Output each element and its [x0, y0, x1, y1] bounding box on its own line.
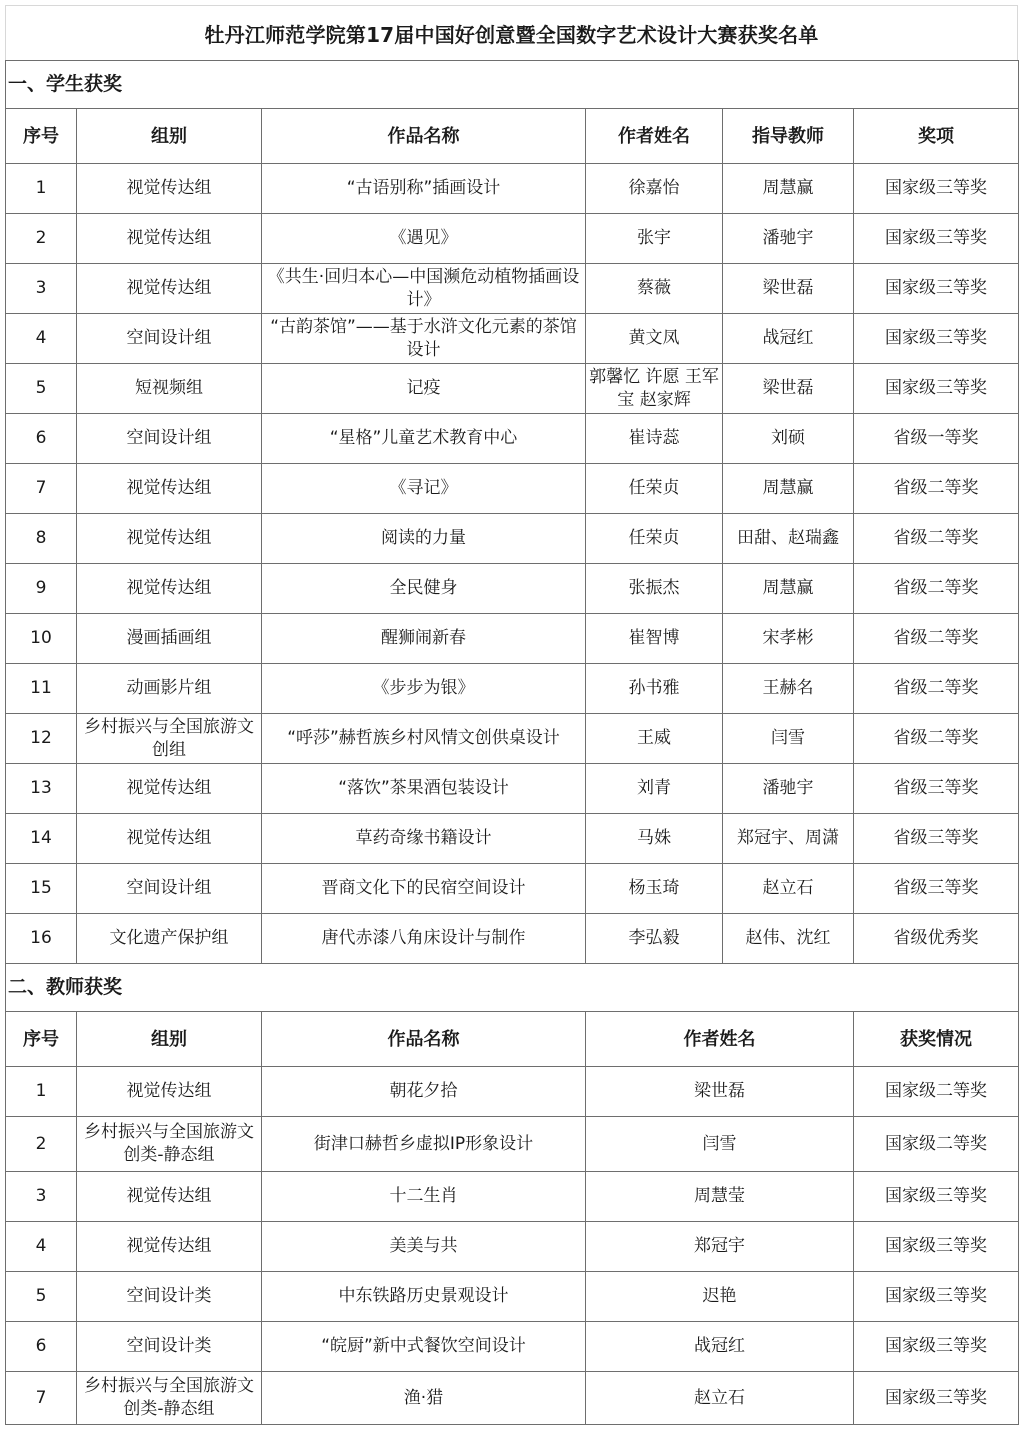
row-no: 2 [6, 1117, 77, 1172]
row-work: 《共生·回归本心—中国濒危动植物插画设计》 [262, 264, 586, 314]
row-group: 乡村振兴与全国旅游文创类-静态组 [77, 1372, 262, 1425]
row-author: 崔诗蕊 [586, 414, 723, 464]
row-work: 草药奇缘书籍设计 [262, 814, 586, 864]
row-award: 国家级二等奖 [854, 1117, 1019, 1172]
table-row: 6 空间设计类 “皖厨”新中式餐饮空间设计 战冠红 国家级三等奖 [6, 1322, 1019, 1372]
table-row: 13 视觉传达组 “落饮”茶果酒包装设计 刘青 潘驰宇 省级三等奖 [6, 764, 1019, 814]
row-work: 美美与共 [262, 1222, 586, 1272]
row-no: 7 [6, 1372, 77, 1425]
row-group: 漫画插画组 [77, 614, 262, 664]
row-work: “呼莎”赫哲族乡村风情文创供桌设计 [262, 714, 586, 764]
row-no: 2 [6, 214, 77, 264]
row-author: 张宇 [586, 214, 723, 264]
row-group: 空间设计类 [77, 1322, 262, 1372]
column-header-group: 组别 [77, 109, 262, 164]
table-row: 4 空间设计组 “古韵茶馆”——基于水浒文化元素的茶馆设计 黄文凤 战冠红 国家… [6, 314, 1019, 364]
teacher-section-heading: 二、教师获奖 [6, 964, 1019, 1012]
table-row: 4 视觉传达组 美美与共 郑冠宇 国家级三等奖 [6, 1222, 1019, 1272]
row-work: “星格”儿童艺术教育中心 [262, 414, 586, 464]
row-work: 记疫 [262, 364, 586, 414]
row-advisor: 赵伟、沈红 [723, 914, 854, 964]
row-author: 张振杰 [586, 564, 723, 614]
row-no: 1 [6, 1067, 77, 1117]
row-group: 空间设计组 [77, 414, 262, 464]
row-author: 黄文凤 [586, 314, 723, 364]
row-work: 晋商文化下的民宿空间设计 [262, 864, 586, 914]
row-award: 省级二等奖 [854, 664, 1019, 714]
row-no: 3 [6, 1172, 77, 1222]
column-header-group: 组别 [77, 1012, 262, 1067]
table-row: 1 视觉传达组 朝花夕拾 梁世磊 国家级二等奖 [6, 1067, 1019, 1117]
table-row: 3 视觉传达组 十二生肖 周慧莹 国家级三等奖 [6, 1172, 1019, 1222]
row-advisor: 潘驰宇 [723, 764, 854, 814]
table-row: 8 视觉传达组 阅读的力量 任荣贞 田甜、赵瑞鑫 省级二等奖 [6, 514, 1019, 564]
row-no: 15 [6, 864, 77, 914]
row-author: 杨玉琦 [586, 864, 723, 914]
row-no: 13 [6, 764, 77, 814]
row-group: 文化遗产保护组 [77, 914, 262, 964]
table-row: 10 漫画插画组 醒狮闹新春 崔智博 宋孝彬 省级二等奖 [6, 614, 1019, 664]
column-header-no: 序号 [6, 1012, 77, 1067]
row-group: 视觉传达组 [77, 814, 262, 864]
row-group: 视觉传达组 [77, 564, 262, 614]
row-no: 3 [6, 264, 77, 314]
row-award: 省级二等奖 [854, 464, 1019, 514]
row-work: 中东铁路历史景观设计 [262, 1272, 586, 1322]
row-award: 省级三等奖 [854, 814, 1019, 864]
row-author: 任荣贞 [586, 514, 723, 564]
row-advisor: 王赫名 [723, 664, 854, 714]
award-list-document: 牡丹江师范学院第17届中国好创意暨全国数字艺术设计大赛获奖名单 一、学生获奖 序… [5, 5, 1018, 1425]
row-group: 视觉传达组 [77, 514, 262, 564]
row-no: 6 [6, 1322, 77, 1372]
row-work: “皖厨”新中式餐饮空间设计 [262, 1322, 586, 1372]
row-author: 迟艳 [586, 1272, 854, 1322]
row-advisor: 田甜、赵瑞鑫 [723, 514, 854, 564]
row-no: 8 [6, 514, 77, 564]
row-award: 国家级三等奖 [854, 364, 1019, 414]
table-row: 15 空间设计组 晋商文化下的民宿空间设计 杨玉琦 赵立石 省级三等奖 [6, 864, 1019, 914]
row-author: 周慧莹 [586, 1172, 854, 1222]
row-advisor: 周慧赢 [723, 564, 854, 614]
table-row: 1 视觉传达组 “古语别称”插画设计 徐嘉怡 周慧赢 国家级三等奖 [6, 164, 1019, 214]
row-award: 国家级三等奖 [854, 1272, 1019, 1322]
row-group: 视觉传达组 [77, 164, 262, 214]
row-no: 16 [6, 914, 77, 964]
row-group: 视觉传达组 [77, 264, 262, 314]
row-award: 省级二等奖 [854, 514, 1019, 564]
row-group: 视觉传达组 [77, 1172, 262, 1222]
row-author: 马姝 [586, 814, 723, 864]
table-row: 11 动画影片组 《步步为银》 孙书雅 王赫名 省级二等奖 [6, 664, 1019, 714]
table-row: 9 视觉传达组 全民健身 张振杰 周慧赢 省级二等奖 [6, 564, 1019, 614]
column-header-award: 奖项 [854, 109, 1019, 164]
row-advisor: 宋孝彬 [723, 614, 854, 664]
row-advisor: 赵立石 [723, 864, 854, 914]
column-header-work: 作品名称 [262, 109, 586, 164]
column-header-no: 序号 [6, 109, 77, 164]
row-work: 醒狮闹新春 [262, 614, 586, 664]
row-no: 10 [6, 614, 77, 664]
row-no: 9 [6, 564, 77, 614]
table-row: 3 视觉传达组 《共生·回归本心—中国濒危动植物插画设计》 蔡薇 梁世磊 国家级… [6, 264, 1019, 314]
teacher-table-header: 序号 组别 作品名称 作者姓名 获奖情况 [6, 1012, 1019, 1067]
row-advisor: 周慧赢 [723, 464, 854, 514]
row-award: 国家级三等奖 [854, 1172, 1019, 1222]
row-group: 动画影片组 [77, 664, 262, 714]
row-author: 刘青 [586, 764, 723, 814]
row-work: 《步步为银》 [262, 664, 586, 714]
row-award: 国家级二等奖 [854, 1067, 1019, 1117]
row-advisor: 周慧赢 [723, 164, 854, 214]
row-award: 国家级三等奖 [854, 264, 1019, 314]
row-work: 阅读的力量 [262, 514, 586, 564]
row-advisor: 潘驰宇 [723, 214, 854, 264]
row-award: 省级二等奖 [854, 714, 1019, 764]
row-author: 郑冠宇 [586, 1222, 854, 1272]
table-row: 14 视觉传达组 草药奇缘书籍设计 马姝 郑冠宇、周潇 省级三等奖 [6, 814, 1019, 864]
row-group: 视觉传达组 [77, 1222, 262, 1272]
row-no: 11 [6, 664, 77, 714]
row-author: 任荣贞 [586, 464, 723, 514]
student-section-heading-row: 一、学生获奖 [6, 61, 1019, 109]
table-row: 6 空间设计组 “星格”儿童艺术教育中心 崔诗蕊 刘硕 省级一等奖 [6, 414, 1019, 464]
table-row: 7 视觉传达组 《寻记》 任荣贞 周慧赢 省级二等奖 [6, 464, 1019, 514]
row-award: 国家级三等奖 [854, 314, 1019, 364]
row-work: “古语别称”插画设计 [262, 164, 586, 214]
row-group: 视觉传达组 [77, 1067, 262, 1117]
row-award: 国家级三等奖 [854, 1372, 1019, 1425]
row-award: 省级二等奖 [854, 614, 1019, 664]
column-header-advisor: 指导教师 [723, 109, 854, 164]
row-work: “古韵茶馆”——基于水浒文化元素的茶馆设计 [262, 314, 586, 364]
row-advisor: 战冠红 [723, 314, 854, 364]
row-author: 徐嘉怡 [586, 164, 723, 214]
row-work: 街津口赫哲乡虚拟IP形象设计 [262, 1117, 586, 1172]
row-no: 14 [6, 814, 77, 864]
row-award: 省级优秀奖 [854, 914, 1019, 964]
table-row: 16 文化遗产保护组 唐代赤漆八角床设计与制作 李弘毅 赵伟、沈红 省级优秀奖 [6, 914, 1019, 964]
row-group: 空间设计组 [77, 314, 262, 364]
row-award: 国家级三等奖 [854, 164, 1019, 214]
row-award: 国家级三等奖 [854, 1322, 1019, 1372]
row-award: 省级三等奖 [854, 864, 1019, 914]
row-group: 短视频组 [77, 364, 262, 414]
column-header-work: 作品名称 [262, 1012, 586, 1067]
column-header-author: 作者姓名 [586, 109, 723, 164]
row-no: 4 [6, 1222, 77, 1272]
row-author: 王威 [586, 714, 723, 764]
row-work: 渔·猎 [262, 1372, 586, 1425]
student-table-header: 序号 组别 作品名称 作者姓名 指导教师 奖项 [6, 109, 1019, 164]
student-section-heading: 一、学生获奖 [6, 61, 1019, 109]
award-table: 一、学生获奖 序号 组别 作品名称 作者姓名 指导教师 奖项 1 视觉传达组 “… [5, 60, 1019, 1425]
row-group: 视觉传达组 [77, 214, 262, 264]
row-author: 赵立石 [586, 1372, 854, 1425]
row-award: 省级三等奖 [854, 764, 1019, 814]
teacher-section-heading-row: 二、教师获奖 [6, 964, 1019, 1012]
row-advisor: 郑冠宇、周潇 [723, 814, 854, 864]
row-group: 空间设计类 [77, 1272, 262, 1322]
row-work: 朝花夕拾 [262, 1067, 586, 1117]
row-group: 乡村振兴与全国旅游文创类-静态组 [77, 1117, 262, 1172]
row-group: 视觉传达组 [77, 464, 262, 514]
row-award: 国家级三等奖 [854, 214, 1019, 264]
row-advisor: 梁世磊 [723, 364, 854, 414]
row-no: 5 [6, 364, 77, 414]
row-work: 十二生肖 [262, 1172, 586, 1222]
row-author: 梁世磊 [586, 1067, 854, 1117]
row-award: 省级一等奖 [854, 414, 1019, 464]
row-advisor: 梁世磊 [723, 264, 854, 314]
row-group: 视觉传达组 [77, 764, 262, 814]
table-row: 12 乡村振兴与全国旅游文创组 “呼莎”赫哲族乡村风情文创供桌设计 王威 闫雪 … [6, 714, 1019, 764]
row-work: 《遇见》 [262, 214, 586, 264]
table-row: 2 视觉传达组 《遇见》 张宇 潘驰宇 国家级三等奖 [6, 214, 1019, 264]
row-author: 崔智博 [586, 614, 723, 664]
row-work: 《寻记》 [262, 464, 586, 514]
row-author: 孙书雅 [586, 664, 723, 714]
row-no: 6 [6, 414, 77, 464]
row-author: 蔡薇 [586, 264, 723, 314]
row-group: 空间设计组 [77, 864, 262, 914]
row-award: 省级二等奖 [854, 564, 1019, 614]
row-work: 唐代赤漆八角床设计与制作 [262, 914, 586, 964]
table-row: 5 空间设计类 中东铁路历史景观设计 迟艳 国家级三等奖 [6, 1272, 1019, 1322]
row-no: 1 [6, 164, 77, 214]
column-header-author: 作者姓名 [586, 1012, 854, 1067]
row-author: 闫雪 [586, 1117, 854, 1172]
row-no: 5 [6, 1272, 77, 1322]
column-header-award: 获奖情况 [854, 1012, 1019, 1067]
document-title: 牡丹江师范学院第17届中国好创意暨全国数字艺术设计大赛获奖名单 [5, 5, 1018, 60]
row-no: 4 [6, 314, 77, 364]
row-award: 国家级三等奖 [854, 1222, 1019, 1272]
row-author: 郭馨忆 许愿 王军宝 赵家辉 [586, 364, 723, 414]
row-author: 李弘毅 [586, 914, 723, 964]
row-advisor: 闫雪 [723, 714, 854, 764]
table-row: 5 短视频组 记疫 郭馨忆 许愿 王军宝 赵家辉 梁世磊 国家级三等奖 [6, 364, 1019, 414]
table-row: 7 乡村振兴与全国旅游文创类-静态组 渔·猎 赵立石 国家级三等奖 [6, 1372, 1019, 1425]
row-work: “落饮”茶果酒包装设计 [262, 764, 586, 814]
row-no: 12 [6, 714, 77, 764]
row-author: 战冠红 [586, 1322, 854, 1372]
row-group: 乡村振兴与全国旅游文创组 [77, 714, 262, 764]
table-row: 2 乡村振兴与全国旅游文创类-静态组 街津口赫哲乡虚拟IP形象设计 闫雪 国家级… [6, 1117, 1019, 1172]
row-advisor: 刘硕 [723, 414, 854, 464]
row-no: 7 [6, 464, 77, 514]
row-work: 全民健身 [262, 564, 586, 614]
